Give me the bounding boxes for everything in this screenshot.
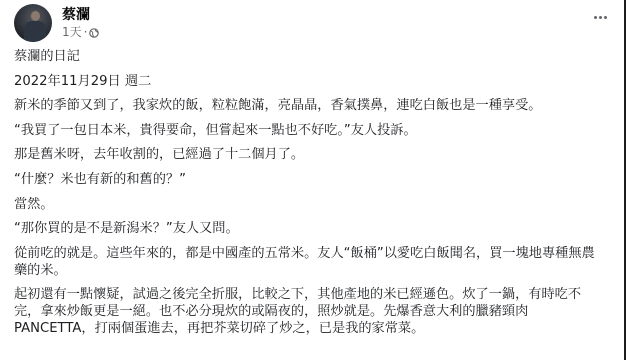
post-paragraph: “什麼？米也有新的和舊的？”	[14, 171, 604, 188]
post-paragraph: 當然。	[14, 196, 604, 213]
avatar-head-shape	[31, 11, 40, 21]
post-paragraph: “我買了一包日本米，貴得要命，但嘗起來一點也不好吃。”友人投訴。	[14, 122, 604, 139]
more-options-icon[interactable]	[588, 10, 612, 24]
dot	[599, 16, 602, 19]
post-paragraph: 新米的季節又到了，我家炊的飯，粒粒飽滿，亮晶晶，香氣撲鼻，連吃白飯也是一種享受。	[14, 97, 604, 114]
separator-dot: ·	[84, 25, 88, 40]
post-paragraph: 起初還有一點懷疑，試過之後完全折服，比較之下，其他產地的米已經遜色。炊了一鍋，有…	[14, 286, 604, 337]
post-paragraph: “那你買的是不是新潟米？”友人又問。	[14, 220, 604, 237]
post-paragraph-title: 蔡瀾的日記	[14, 48, 604, 65]
dot	[594, 16, 597, 19]
post-paragraph: 從前吃的就是。這些年來的，都是中國產的五常米。友人“飯桶”以愛吃白飯聞名，買一塊…	[14, 245, 604, 279]
facebook-post: 蔡瀾 1天 · 蔡瀾的日記 2022年11月29日 週二 新米的季節又到了，我家…	[0, 0, 626, 360]
author-name[interactable]: 蔡瀾	[62, 7, 99, 24]
post-meta: 蔡瀾 1天 ·	[62, 7, 99, 40]
post-timestamp[interactable]: 1天	[62, 25, 82, 40]
post-paragraph: 那是舊米呀，去年收割的，已經過了十二個月了。	[14, 146, 604, 163]
globe-icon[interactable]	[89, 27, 99, 37]
dot	[604, 16, 607, 19]
post-body: 蔡瀾的日記 2022年11月29日 週二 新米的季節又到了，我家炊的飯，粒粒飽滿…	[14, 48, 604, 345]
avatar[interactable]	[14, 4, 52, 42]
post-header: 蔡瀾 1天 ·	[14, 3, 99, 43]
avatar-body-shape	[24, 21, 46, 42]
timestamp-row: 1天 ·	[62, 25, 99, 40]
post-paragraph-date: 2022年11月29日 週二	[14, 73, 604, 90]
